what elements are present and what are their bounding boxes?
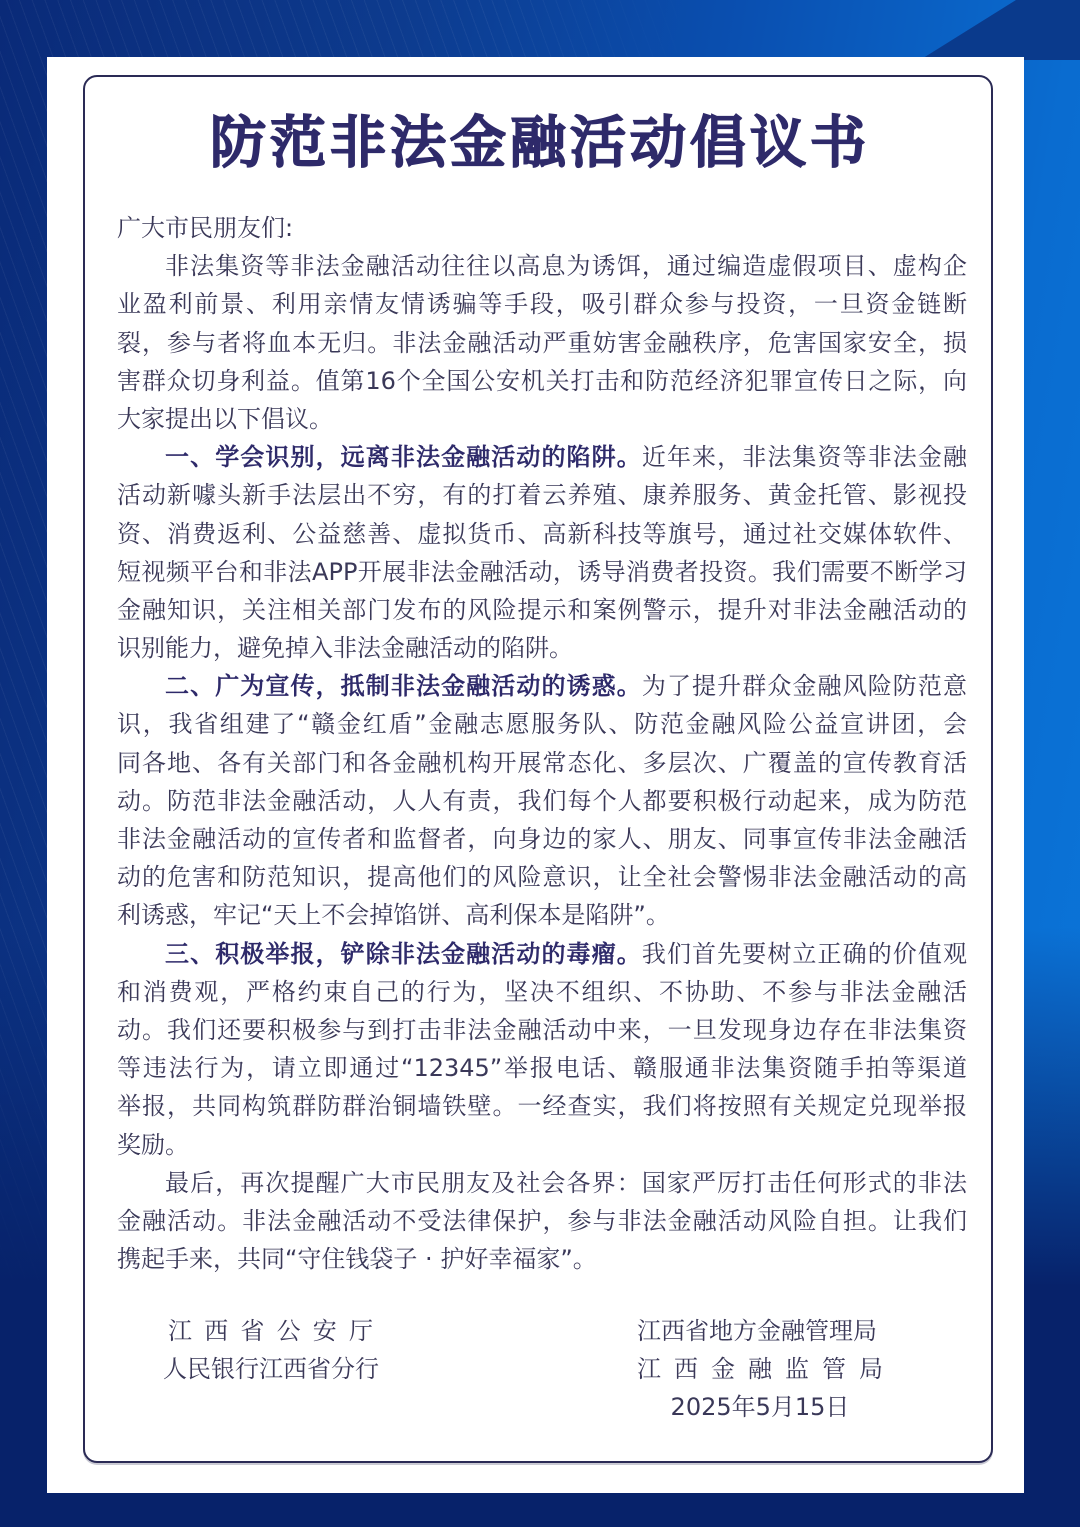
text-line: 害群众切身利益。值第16个全国公安机关打击和防范经济犯罪宣传日之际，向 (117, 362, 967, 400)
text-line: 一、学会识别，远离非法金融活动的陷阱。近年来，非法集资等非法金融 (117, 438, 967, 476)
signature-left: 江西省公安厅 人民银行江西省分行 (163, 1312, 385, 1388)
text-line: 识别能力，避免掉入非法金融活动的陷阱。 (117, 629, 967, 667)
paragraph-closing: 最后，再次提醒广大市民朋友及社会各界：国家严厉打击任何形式的非法 金融活动。非法… (117, 1164, 967, 1279)
signatory: 人民银行江西省分行 (163, 1350, 385, 1388)
document-title: 防范非法金融活动倡议书 (0, 112, 1080, 176)
text-span: 为了提升群众金融风险防范意 (642, 672, 967, 700)
text-line: 金融知识，关注相关部门发布的风险提示和案例警示，提升对非法金融活动的 (117, 591, 967, 629)
point-heading: 一、学会识别，远离非法金融活动的陷阱。 (165, 443, 642, 471)
text-line: 三、积极举报，铲除非法金融活动的毒瘤。我们首先要树立正确的价值观 (117, 935, 967, 973)
paragraph-point-1: 一、学会识别，远离非法金融活动的陷阱。近年来，非法集资等非法金融 活动新噱头新手… (117, 438, 967, 667)
text-line: 动。防范非法金融活动，人人有责，我们每个人都要积极行动起来，成为防范 (117, 782, 967, 820)
text-line: 举报，共同构筑群防群治铜墙铁壁。一经查实，我们将按照有关规定兑现举报 (117, 1087, 967, 1125)
greeting: 广大市民朋友们: (117, 209, 967, 247)
text-line: 金融活动。非法金融活动不受法律保护，参与非法金融活动风险自担。让我们 (117, 1202, 967, 1240)
signatory: 江西金融监管局 (637, 1350, 883, 1388)
text-span: 我们首先要树立正确的价值观 (642, 940, 967, 968)
text-line: 非法金融活动的宣传者和监督者，向身边的家人、朋友、同事宣传非法金融活 (117, 820, 967, 858)
signatory: 江西省公安厅 (163, 1312, 385, 1350)
text-line: 同各地、各有关部门和各金融机构开展常态化、多层次、广覆盖的宣传教育活 (117, 744, 967, 782)
text-span: 近年来，非法集资等非法金融 (642, 443, 967, 471)
text-line: 大家提出以下倡议。 (117, 400, 967, 438)
text-line: 二、广为宣传，抵制非法金融活动的诱惑。为了提升群众金融风险防范意 (117, 667, 967, 705)
point-heading: 二、广为宣传，抵制非法金融活动的诱惑。 (165, 672, 642, 700)
paragraph-point-3: 三、积极举报，铲除非法金融活动的毒瘤。我们首先要树立正确的价值观 和消费观，严格… (117, 935, 967, 1164)
text-line: 资、消费返利、公益慈善、虚拟货币、高新科技等旗号，通过社交媒体软件、 (117, 515, 967, 553)
point-heading: 三、积极举报，铲除非法金融活动的毒瘤。 (165, 940, 642, 968)
document-date: 2025年5月15日 (637, 1388, 883, 1426)
text-line: 动。我们还要积极参与到打击非法金融活动中来，一旦发现身边存在非法集资 (117, 1011, 967, 1049)
text-line: 最后，再次提醒广大市民朋友及社会各界：国家严厉打击任何形式的非法 (117, 1164, 967, 1202)
text-line: 和消费观，严格约束自己的行为，坚决不组织、不协助、不参与非法金融活 (117, 973, 967, 1011)
text-line: 裂，参与者将血本无归。非法金融活动严重妨害金融秩序，危害国家安全，损 (117, 324, 967, 362)
signature-right: 江西省地方金融管理局 江西金融监管局 2025年5月15日 (637, 1312, 883, 1426)
document-body: 广大市民朋友们: 非法集资等非法金融活动往往以高息为诱饵，通过编造虚假项目、虚构… (117, 209, 967, 1278)
text-line: 奖励。 (117, 1126, 967, 1164)
text-line: 短视频平台和非法APP开展非法金融活动，诱导消费者投资。我们需要不断学习 (117, 553, 967, 591)
signatory: 江西省地方金融管理局 (637, 1312, 883, 1350)
text-line: 活动新噱头新手法层出不穷，有的打着云养殖、康养服务、黄金托管、影视投 (117, 476, 967, 514)
text-line: 利诱惑，牢记“天上不会掉馅饼、高利保本是陷阱”。 (117, 896, 967, 934)
text-line: 识，我省组建了“赣金红盾”金融志愿服务队、防范金融风险公益宣讲团，会 (117, 705, 967, 743)
text-line: 非法集资等非法金融活动往往以高息为诱饵，通过编造虚假项目、虚构企 (117, 247, 967, 285)
text-line: 携起手来，共同“守住钱袋子 · 护好幸福家”。 (117, 1240, 967, 1278)
paragraph-intro: 非法集资等非法金融活动往往以高息为诱饵，通过编造虚假项目、虚构企 业盈利前景、利… (117, 247, 967, 438)
text-line: 动的危害和防范知识，提高他们的风险意识，让全社会警惕非法金融活动的高 (117, 858, 967, 896)
paragraph-point-2: 二、广为宣传，抵制非法金融活动的诱惑。为了提升群众金融风险防范意 识，我省组建了… (117, 667, 967, 934)
text-line: 等违法行为，请立即通过“12345”举报电话、赣服通非法集资随手拍等渠道 (117, 1049, 967, 1087)
text-line: 业盈利前景、利用亲情友情诱骗等手段，吸引群众参与投资，一旦资金链断 (117, 285, 967, 323)
